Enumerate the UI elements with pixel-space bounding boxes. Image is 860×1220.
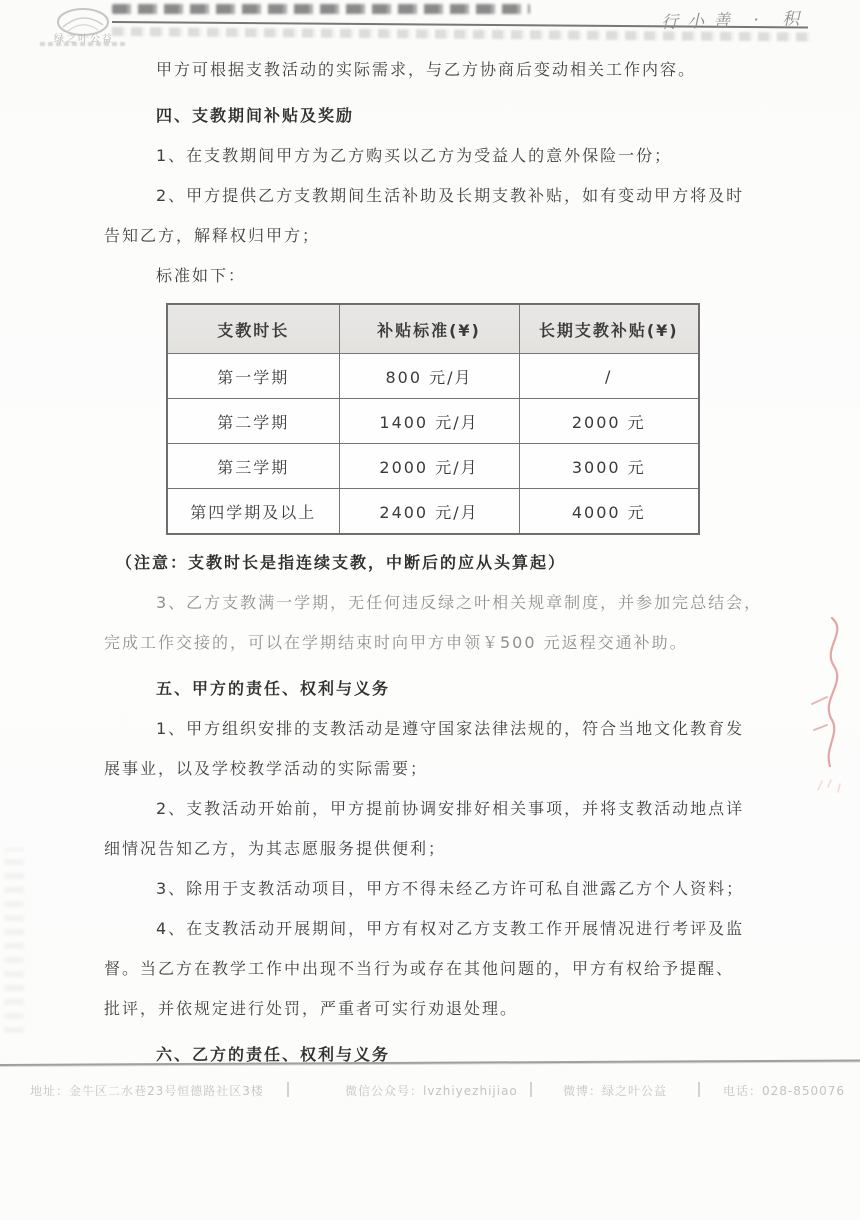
paragraph: 2、支教活动开始前，甲方提前协调安排好相关事项，并将支教活动地点详 — [104, 789, 764, 829]
section-heading-4: 四、支教期间补贴及奖励 — [104, 96, 764, 136]
section-heading-6: 六、乙方的责任、权利与义务 — [104, 1035, 764, 1075]
paragraph: 告知乙方，解释权归甲方； — [104, 216, 764, 256]
paragraph: 细情况告知乙方，为其志愿服务提供便利； — [104, 829, 764, 869]
table-header-row: 支教时长 补贴标准(¥) 长期支教补贴(¥) — [167, 304, 699, 354]
cell: 2000 元 — [519, 399, 699, 444]
table-row: 第二学期 1400 元/月 2000 元 — [167, 399, 699, 444]
cell: 第一学期 — [167, 354, 339, 399]
contract-body: 甲方可根据支教活动的实际需求，与乙方协商后变动相关工作内容。 四、支教期间补贴及… — [104, 50, 764, 1075]
cell: 3000 元 — [519, 444, 699, 489]
cell: 第二学期 — [167, 399, 339, 444]
col-header-duration: 支教时长 — [167, 304, 339, 354]
cell: 2400 元/月 — [339, 489, 519, 535]
table-note: （注意：支教时长是指连续支教，中断后的应从头算起） — [104, 543, 764, 583]
col-header-longterm: 长期支教补贴(¥) — [519, 304, 699, 354]
paragraph: 1、在支教期间甲方为乙方购买以乙方为受益人的意外保险一份； — [104, 136, 764, 176]
footer-separator — [698, 1082, 700, 1097]
paragraph: 批评，并依规定进行处罚，严重者可实行劝退处理。 — [104, 989, 764, 1029]
table-row: 第三学期 2000 元/月 3000 元 — [167, 444, 699, 489]
section-heading-5: 五、甲方的责任、权利与义务 — [104, 669, 764, 709]
paragraph: 2、甲方提供乙方支教期间生活补助及长期支教补贴，如有变动甲方将及时 — [104, 176, 764, 216]
red-ink-annotation — [788, 612, 860, 827]
paragraph: 4、在支教活动开展期间，甲方有权对乙方支教工作开展情况进行考评及监 — [104, 909, 764, 949]
paragraph: 展事业，以及学校教学活动的实际需要； — [104, 749, 764, 789]
paragraph: 督。当乙方在教学工作中出现不当行为或存在其他问题的，甲方有权给予提醒、 — [104, 949, 764, 989]
cell: / — [519, 354, 699, 399]
cell: 800 元/月 — [339, 354, 519, 399]
paragraph: 完成工作交接的，可以在学期结束时向甲方申领￥500 元返程交通补助。 — [104, 623, 764, 663]
paragraph: 1、甲方组织安排的支教活动是遵守国家法律法规的，符合当地文化教育发 — [104, 709, 764, 749]
org-subtitle-smudge — [40, 42, 128, 46]
paragraph: 标准如下： — [104, 256, 764, 296]
cell: 第三学期 — [167, 444, 339, 489]
footer-phone: 电话：028-850076 — [723, 1082, 845, 1099]
footer-wechat: 微信公众号：lvzhiyezhijiao — [345, 1082, 518, 1099]
smudged-document-title — [112, 4, 530, 14]
col-header-standard: 补贴标准(¥) — [339, 304, 519, 354]
cell: 1400 元/月 — [339, 399, 519, 444]
page-ghosting-artifact — [4, 848, 24, 1033]
handwritten-slogan: 行小善 · 积 — [660, 4, 808, 33]
paragraph: 3、乙方支教满一学期，无任何违反绿之叶相关规章制度，并参加完总结会， — [104, 583, 764, 623]
paragraph: 3、除用于支教活动项目，甲方不得未经乙方许可私自泄露乙方个人资料； — [104, 869, 764, 909]
cell: 第四学期及以上 — [167, 489, 339, 535]
footer-address: 地址：金牛区二水巷23号恒德路社区3楼 — [30, 1082, 264, 1099]
table-row: 第一学期 800 元/月 / — [167, 354, 699, 399]
cell: 2000 元/月 — [339, 444, 519, 489]
cell: 4000 元 — [519, 489, 699, 535]
footer-weibo: 微博：绿之叶公益 — [563, 1082, 667, 1099]
footer-separator — [530, 1082, 532, 1097]
subsidy-table: 支教时长 补贴标准(¥) 长期支教补贴(¥) 第一学期 800 元/月 / 第二… — [166, 303, 700, 535]
paragraph: 甲方可根据支教活动的实际需求，与乙方协商后变动相关工作内容。 — [104, 50, 764, 90]
table-row: 第四学期及以上 2400 元/月 4000 元 — [167, 489, 699, 535]
scanned-contract-page: 绿之叶公益 行小善 · 积 甲方可根据支教活动的实际需求，与乙方协商后变动相关工… — [0, 0, 860, 1220]
footer-separator — [287, 1082, 289, 1097]
